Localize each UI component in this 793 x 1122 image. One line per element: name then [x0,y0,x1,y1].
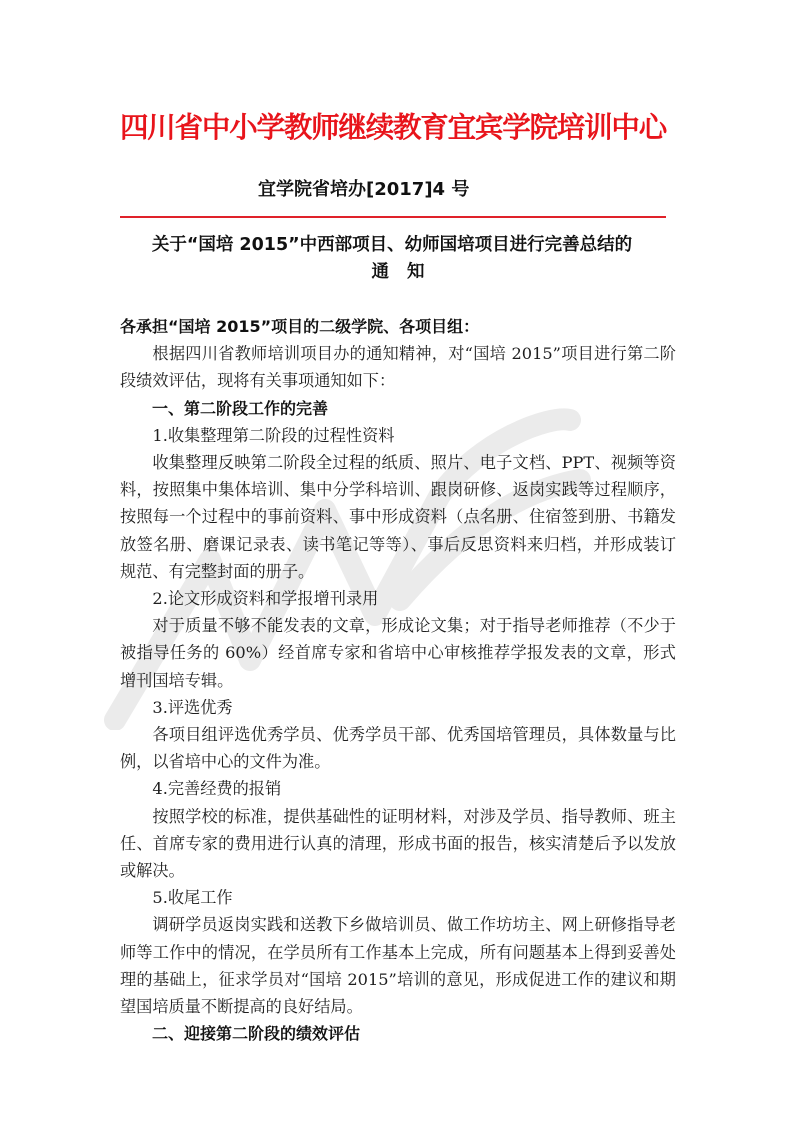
red-header-rule [120,216,666,218]
item-title-5: 5.收尾工作 [120,884,676,911]
salutation: 各承担“国培 2015”项目的二级学院、各项目组： [120,313,676,340]
item-title-2: 2.论文形成资料和学报增刊录用 [120,585,676,612]
notice-title-line1: 关于“国培 2015”中西部项目、幼师国培项目进行完善总结的 [108,232,676,259]
section-heading-1: 一、第二阶段工作的完善 [120,395,676,422]
doc-number: 宜学院省培办[2017]4 号 [258,178,469,202]
item-text-5: 调研学员返岗实践和送教下乡做培训员、做工作坊坊主、网上研修指导老师等工作中的情况… [120,911,676,1020]
item-text-2: 对于质量不够不能发表的文章，形成论文集；对于指导老师推荐（不少于被指导任务的 6… [120,612,676,694]
item-title-1: 1.收集整理第二阶段的过程性资料 [120,422,676,449]
item-text-1: 收集整理反映第二阶段全过程的纸质、照片、电子文档、PPT、视频等资料，按照集中集… [120,449,676,585]
intro-paragraph: 根据四川省教师培训项目办的通知精神，对“国培 2015”项目进行第二阶段绩效评估… [120,340,676,394]
item-text-3: 各项目组评选优秀学员、优秀学员干部、优秀国培管理员，具体数量与比例，以省培中心的… [120,721,676,775]
notice-title-char-2: 知 [407,262,425,282]
org-title: 四川省中小学教师继续教育宜宾学院培训中心 [120,110,680,146]
notice-title: 关于“国培 2015”中西部项目、幼师国培项目进行完善总结的 通知 [120,232,676,286]
notice-body: 各承担“国培 2015”项目的二级学院、各项目组： 根据四川省教师培训项目办的通… [120,313,676,1047]
item-text-4: 按照学校的标准，提供基础性的证明材料，对涉及学员、指导教师、班主任、首席专家的费… [120,803,676,885]
item-title-3: 3.评选优秀 [120,694,676,721]
section-heading-2: 二、迎接第二阶段的绩效评估 [120,1020,676,1047]
item-title-4: 4.完善经费的报销 [120,775,676,802]
notice-title-line2: 通知 [120,259,676,286]
document-page: 四川省中小学教师继续教育宜宾学院培训中心 宜学院省培办[2017]4 号 关于“… [0,0,793,1122]
notice-title-char-1: 通 [372,262,390,282]
